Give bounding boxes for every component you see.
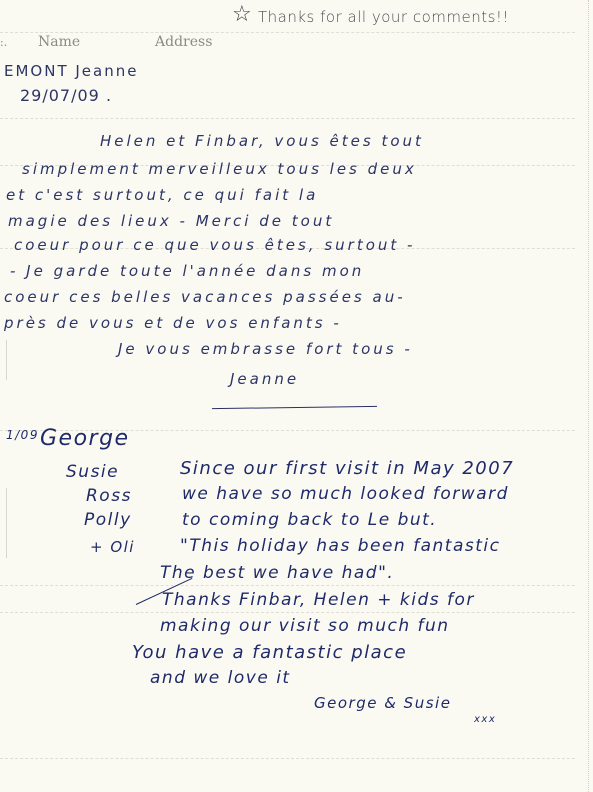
entry-2-line: The best we have had". <box>160 563 394 583</box>
entry-1-line: coeur pour ce que vous êtes, surtout - <box>14 236 415 254</box>
entry-1-line: Helen et Finbar, vous êtes tout <box>100 132 424 150</box>
star-icon: ☆ <box>232 2 252 27</box>
entry-1-name: EMONT Jeanne <box>4 62 138 80</box>
entry-1-line: simplement merveilleux tous les deux <box>22 160 417 178</box>
entry-2-line: making our visit so much fun <box>160 616 450 636</box>
entry-2-name: + Oli <box>90 538 135 556</box>
entry-2-line: "This holiday has been fantastic <box>180 536 500 556</box>
column-label-name: Name <box>38 34 80 50</box>
entry-1-line: Je vous embrasse fort tous - <box>118 340 413 358</box>
entry-1-line: - Je garde toute l'année dans mon <box>10 262 364 280</box>
entry-2-line: and we love it <box>150 668 291 688</box>
entry-2-name: Ross <box>86 486 132 506</box>
entry-2-date: 1/09 <box>6 428 39 442</box>
entry-1-signature: Jeanne <box>230 370 299 388</box>
margin-line <box>6 340 7 380</box>
entry-2-line: Thanks Finbar, Helen + kids for <box>162 590 475 610</box>
column-label-address: Address <box>155 34 212 50</box>
entry-1-line: coeur ces belles vacances passées au- <box>4 288 406 306</box>
ruled-line <box>0 612 575 613</box>
entry-2-signature: George & Susie <box>314 694 451 712</box>
guestbook-page: ☆ Thanks for all your comments!! :. Name… <box>0 0 593 792</box>
entry-2-name: George <box>40 426 130 451</box>
thanks-note: Thanks for all your comments!! <box>258 8 509 26</box>
ruled-line <box>0 118 575 119</box>
entry-2-line: to coming back to Le but. <box>182 510 437 530</box>
entry-1-line: près de vous et de vos enfants - <box>4 314 342 332</box>
entry-divider <box>212 406 377 409</box>
page-edge <box>588 0 593 792</box>
left-mark: :. <box>0 36 7 49</box>
ruled-line <box>0 585 575 586</box>
entry-2-line: we have so much looked forward <box>182 484 509 504</box>
ruled-line <box>0 758 575 759</box>
entry-1-line: et c'est surtout, ce qui fait la <box>6 186 318 204</box>
entry-2-line: Since our first visit in May 2007 <box>180 458 514 479</box>
kisses-mark: xxx <box>474 714 496 725</box>
entry-2-name: Polly <box>84 510 132 530</box>
ruled-line <box>0 32 575 33</box>
entry-1-date: 29/07/09 . <box>20 86 112 105</box>
entry-2-line: You have a fantastic place <box>132 642 407 663</box>
entry-1-line: magie des lieux - Merci de tout <box>8 212 334 230</box>
entry-2-name: Susie <box>66 462 119 482</box>
margin-line <box>6 488 7 558</box>
